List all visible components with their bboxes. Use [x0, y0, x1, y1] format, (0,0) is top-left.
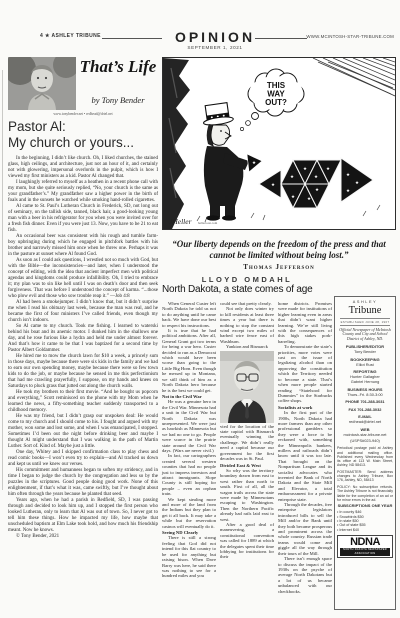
- article-paragraph: Not only does winter try to kill residen…: [220, 306, 274, 344]
- columnist-contact: www.tonybender.net • redhead@drtel.net: [8, 112, 158, 116]
- article-paragraph: There is still a strong feeling that God…: [162, 535, 216, 578]
- copyright-line: © Tony Bender, 2021: [8, 534, 158, 540]
- nd-article-headline: North Dakota, a state comes of age: [162, 284, 334, 295]
- header-rule-right: [255, 38, 307, 39]
- reporter-name: Gabriel Hernung: [337, 379, 393, 384]
- phone-line: PHONE 701-288-3031: [337, 399, 393, 404]
- article-paragraph: Al had been a smokejumper. I didn’t know…: [8, 300, 158, 324]
- tribune-name: Tribune: [337, 305, 393, 316]
- tribune-masthead-box: ASHLEY Tribune ESTABLISHED JUNE 28, 1907…: [334, 296, 396, 610]
- tribune-ashley: ASHLEY: [337, 300, 393, 304]
- fax-line: FAX 701-288-3032: [337, 407, 393, 412]
- web-value: mcintosh-star-tribune.net: [337, 432, 393, 437]
- article-paragraph: It is true that he had political ambitio…: [162, 328, 216, 393]
- lloyd-omdahl-photo: [220, 351, 274, 423]
- postmaster-notice: POSTMASTER: Send address changes to Ashl…: [337, 470, 393, 483]
- article-paragraph: In the first part of the 1900s, North Da…: [278, 410, 332, 502]
- article-paragraph: He was a genuine hero in the Civil War. …: [162, 399, 216, 453]
- article-paragraph: vied for the location of the state capit…: [220, 424, 274, 462]
- column-byline: by Tony Bender: [78, 95, 158, 105]
- nd-article-body: When General Custer left North Dakota he…: [162, 301, 333, 616]
- article-paragraph: I laughingly referred to myself as a hea…: [8, 180, 158, 204]
- article-paragraph: There isn’t enough space to discuss the …: [278, 556, 332, 594]
- tony-bender-photo: [8, 57, 76, 110]
- usps-number: (USPS#023-940): [337, 439, 393, 444]
- subscription-rates: • In county $46• Snowbirds $50• In state…: [337, 510, 393, 532]
- article-paragraph: In fact, our cartographers created sever…: [162, 453, 216, 496]
- cartoonist-site: hellertoon.com: [198, 221, 218, 225]
- newspaper-page: 4 ★ ASHLEY TRIBUNE OPINION SEPTEMBER 1, …: [0, 0, 400, 618]
- article-paragraph: To demonstrate the state’s priorities, m…: [278, 344, 332, 403]
- policy-notice: POLICY: No subscription refunds. The Ash…: [337, 485, 393, 502]
- article-paragraph: One day, Whitey and I skipped confirmati…: [8, 450, 158, 468]
- nd-column-3: home districts. Promises were made for i…: [278, 301, 332, 616]
- article-paragraph: He was my friend, but I didn’t grasp our…: [8, 414, 158, 450]
- email-value: redhead@drtel.net: [337, 419, 393, 424]
- article-paragraph: Through the decades, free enterprise leg…: [278, 502, 332, 556]
- article-paragraph: In the beginning, I didn’t like church. …: [8, 156, 158, 180]
- article-paragraph: When General Custer left North Dakota he…: [162, 301, 216, 328]
- bookkeeper-name: Elliot Rust: [337, 362, 393, 367]
- article-paragraph: His commitment and humanness began to so…: [8, 468, 158, 498]
- column-title: That’s Life: [78, 58, 158, 75]
- ndna-banner: NORTH DAKOTA NEWSPAPER ASSOCIATION: [340, 548, 390, 556]
- article-paragraph: home districts. Promises were made for i…: [278, 301, 332, 344]
- article-paragraph: We kept stealing more and more of the la…: [162, 497, 216, 529]
- article-paragraph: As soon as I could ask questions, I wres…: [8, 258, 158, 300]
- article-paragraph: Al came to St. Paul’s Lutheran Church in…: [8, 204, 158, 234]
- article-paragraph: He took my brothers to their first movie…: [8, 390, 158, 414]
- bubble-text-3: OUT?: [265, 98, 287, 107]
- masthead-left: 4 ★ ASHLEY TRIBUNE: [40, 33, 101, 39]
- pastor-al-headline: Pastor Al: My church or yours...: [8, 119, 160, 151]
- issue-date: SEPTEMBER 1, 2021: [150, 45, 280, 50]
- hours-value: Thurs.-Fri. 8:30-3:00: [337, 392, 393, 397]
- cartoonist-signature: JHeller: [169, 217, 192, 226]
- quote-attribution: Thomas Jefferson: [160, 263, 398, 271]
- scan-edge: [2, 70, 3, 490]
- pastor-al-body: In the beginning, I didn’t like church. …: [8, 156, 158, 540]
- columnist-name: LLOYD OMDAHL: [162, 275, 332, 284]
- nd-column-2: could see that pretty clearly.Not only d…: [220, 301, 274, 616]
- article-paragraph: So Al came to my church. Took me fishing…: [8, 324, 158, 354]
- nd-column-1: When General Custer left North Dakota he…: [162, 301, 216, 616]
- tribune-official: Official Newspaper of McIntosh County an…: [337, 328, 393, 342]
- subscriptions-title: SUBSCRIPTIONS ONE YEAR: [337, 504, 393, 509]
- article-paragraph: Years ago, when he had a parish in Redfi…: [8, 498, 158, 534]
- publisher-name: Tony Bender: [337, 349, 393, 354]
- subscription-rate: • Internet $40: [337, 528, 393, 532]
- article-paragraph: So why was the territory boundary drawn …: [220, 468, 274, 522]
- ndna-acronym: NDNA: [338, 537, 392, 548]
- article-paragraph: An occasional beer was consistent with h…: [8, 234, 158, 258]
- article-paragraph: He hired me to mow the church lawn for $…: [8, 354, 158, 390]
- ndna-logo: NDNA NORTH DAKOTA NEWSPAPER ASSOCIATION: [337, 535, 393, 558]
- postage-notice: Periodical postage paid at Ashley and ad…: [337, 446, 393, 467]
- editorial-cartoon: ★ THIS WAY OUT?: [162, 57, 396, 230]
- article-paragraph: After a good deal of maneuvering, a cons…: [220, 522, 274, 560]
- article-paragraph: Yankton and Bismarck: [220, 344, 274, 349]
- tribune-established: ESTABLISHED JUNE 28, 1907: [340, 318, 390, 326]
- masthead-url: WWW.MCINTOSH-STAR-TRIBUNE.COM: [306, 34, 394, 39]
- section-title: OPINION: [150, 29, 280, 45]
- jefferson-quote: “Our liberty depends on the freedom of t…: [160, 239, 398, 261]
